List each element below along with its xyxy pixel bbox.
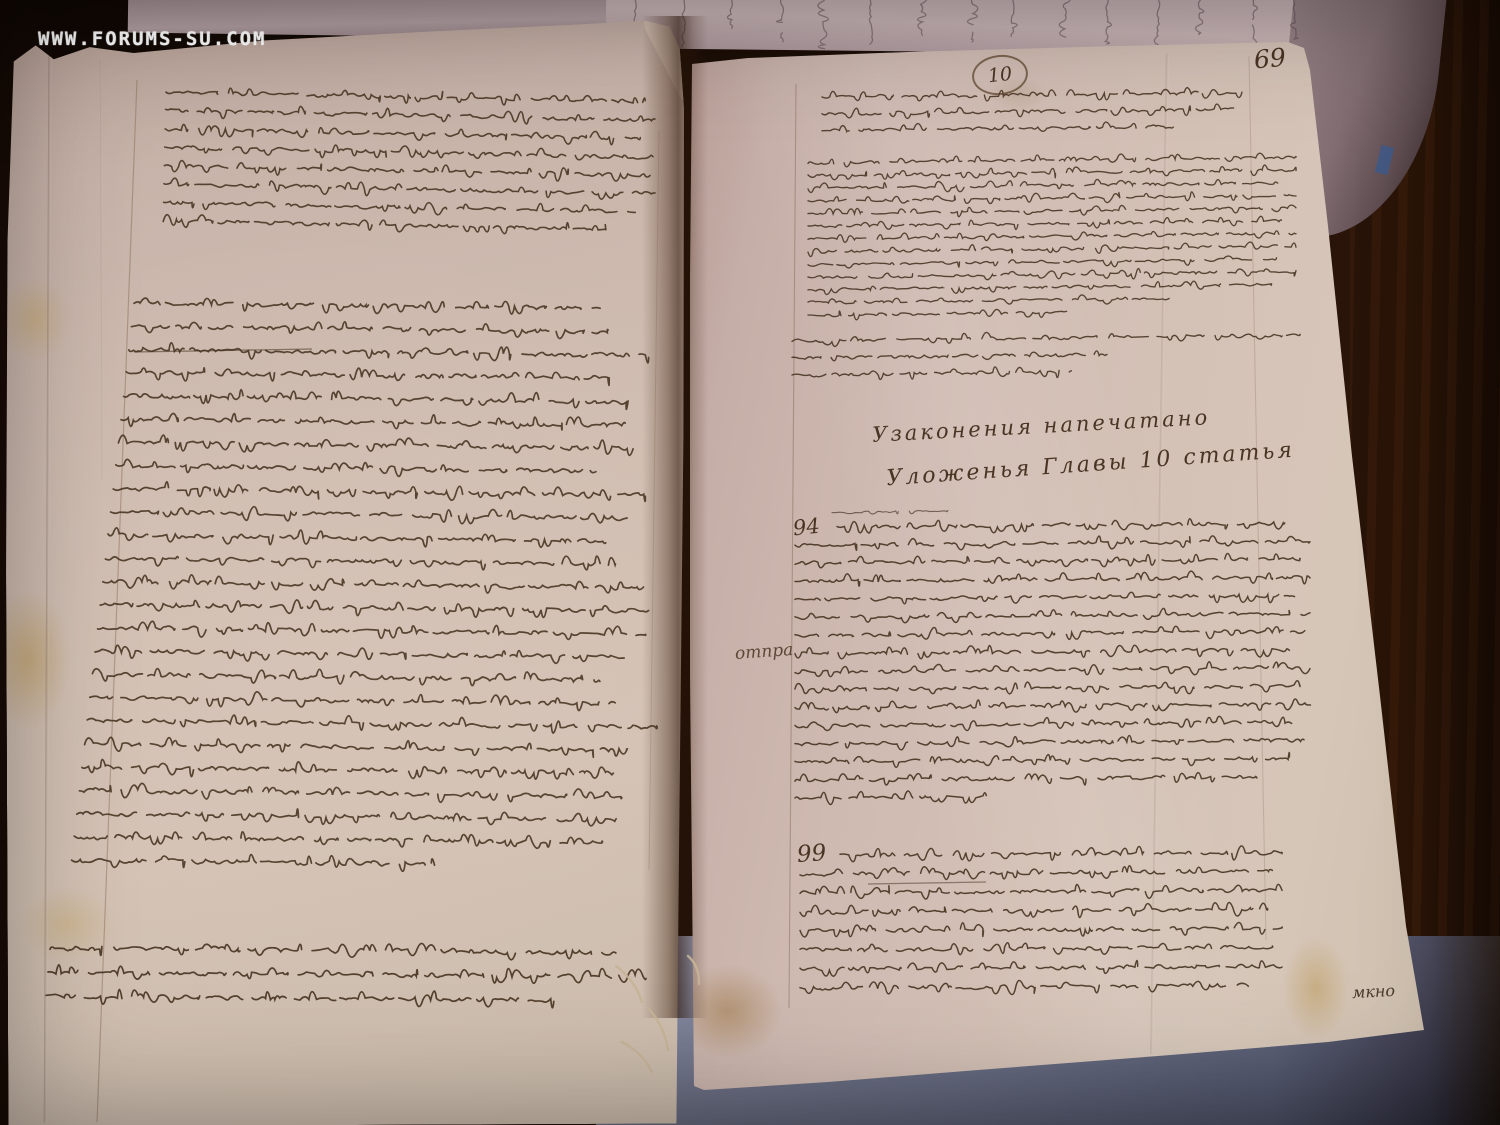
site-watermark: WWW.FORUMS-SU.COM	[38, 28, 266, 50]
right-page	[688, 36, 1436, 1098]
left-page	[4, 16, 703, 1125]
page-fold-crease	[100, 59, 104, 479]
folio-page-number: 69	[1253, 43, 1287, 75]
page-fold-crease	[1150, 54, 1169, 1054]
article-number-94: 94	[792, 514, 821, 541]
photo-of-open-manuscript: 10 69 Узаконения напечатано Уложенья Гла…	[0, 0, 1500, 1125]
margin-annotation: отпра	[734, 640, 794, 664]
corner-annotation: мкно	[1352, 981, 1396, 1002]
article-number-99: 99	[796, 840, 827, 868]
page-fold-crease	[44, 47, 52, 1122]
folio-stamp-number: 10	[987, 63, 1013, 87]
